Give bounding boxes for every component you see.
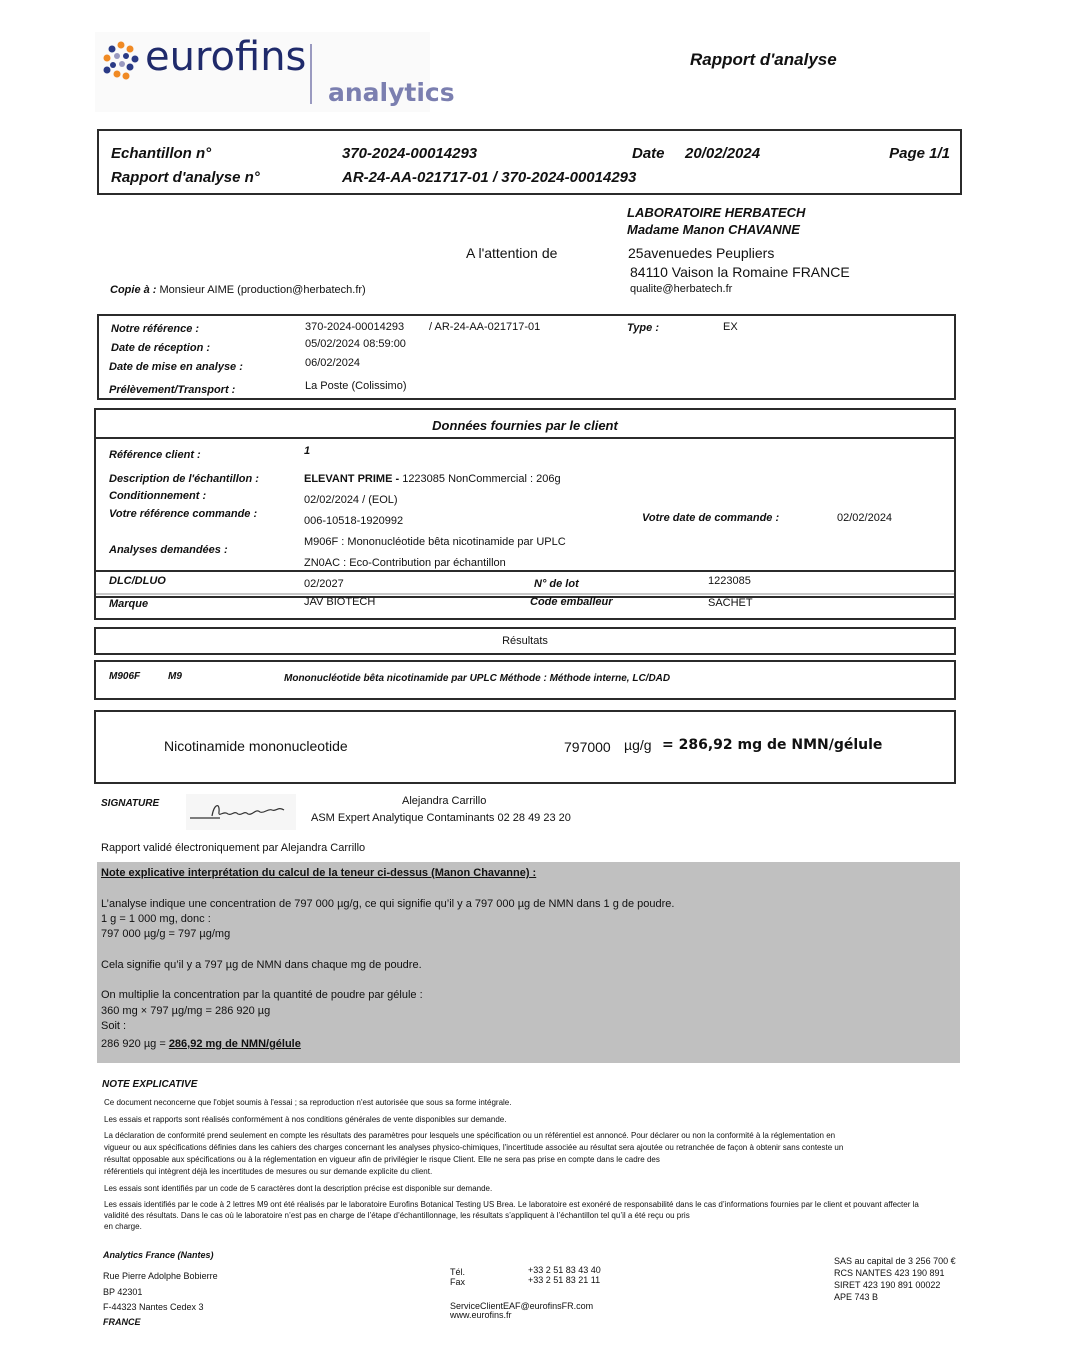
report-date: 20/02/2024: [685, 145, 760, 162]
our-ref-report: / AR-24-AA-021717-01: [429, 321, 540, 333]
method-code: M906F: [109, 671, 140, 682]
parameter-name: Nicotinamide mononucleotide: [164, 738, 348, 754]
attention-label: A l'attention de: [466, 245, 557, 261]
client-data-title: Données fournies par le client: [96, 418, 954, 433]
footer-street: Rue Pierre Adolphe Bobierre: [103, 1271, 218, 1281]
result-value-box: Nicotinamide mononucleotide 797000 µg/g …: [94, 710, 956, 784]
packaging-value: 02/02/2024 / (EOL): [304, 494, 398, 506]
report-header-box: Echantillon n° 370-2024-00014293 Date 20…: [97, 129, 962, 195]
packer-label: Code emballeur: [530, 596, 613, 608]
results-header-box: Résultats: [94, 627, 956, 655]
client-ref-label: Référence client :: [109, 449, 201, 461]
method-box: M906F M9 Mononucléotide bêta nicotinamid…: [94, 660, 956, 700]
copy-value: Monsieur AIME (production@herbatech.fr): [160, 284, 366, 296]
page-number: Page 1/1: [889, 145, 950, 162]
reference-box: Notre référence : 370-2024-00014293 / AR…: [97, 314, 956, 400]
lot-value: 1223085: [708, 575, 751, 587]
report-label: Rapport d'analyse n°: [111, 169, 260, 186]
client-data-box: Données fournies par le client Référence…: [94, 408, 956, 598]
tel-value: +33 2 51 83 43 40: [528, 1265, 601, 1275]
calc-note-line: 1 g = 1 000 mg, donc :: [101, 913, 211, 925]
footer-country: FRANCE: [103, 1317, 141, 1327]
legal-paragraph: Les essais sont identifiés par un code d…: [104, 1184, 492, 1193]
report-number: AR-24-AA-021717-01 / 370-2024-00014293: [342, 169, 636, 186]
legal-line: RCS NANTES 423 190 891: [834, 1268, 945, 1278]
logo-divider: [310, 44, 312, 104]
signature-image: [186, 794, 296, 830]
calc-note-result: 286 920 µg = 286,92 mg de NMN/gélule: [101, 1034, 301, 1050]
legal-paragraph: référentiels qui intègrent déjà les ince…: [104, 1167, 432, 1176]
validation-text: Rapport validé électroniquement par Alej…: [101, 842, 365, 854]
method-description: Mononucléotide bêta nicotinamide par UPL…: [284, 673, 670, 684]
order-ref-label: Votre référence commande :: [109, 508, 257, 520]
tel-label: Tél.: [450, 1267, 465, 1277]
transport-label: Prélèvement/Transport :: [109, 384, 235, 396]
type-value: EX: [723, 321, 738, 333]
eurofins-dots-icon: [101, 40, 141, 80]
dlc-label: DLC/DLUO: [109, 575, 166, 587]
legal-paragraph: Ce document neconcerne que l'objet soumi…: [104, 1098, 511, 1107]
packer-value: SACHET: [708, 597, 753, 609]
calculation-note: Note explicative interprétation du calcu…: [97, 862, 960, 1063]
analysis-item: M906F : Mononucléotide bêta nicotinamide…: [304, 536, 566, 548]
legal-paragraph: La déclaration de conformité prend seule…: [104, 1131, 835, 1140]
lot-label: N° de lot: [534, 578, 579, 590]
our-ref-label: Notre référence :: [111, 323, 199, 335]
signatory-role: ASM Expert Analytique Contaminants 02 28…: [311, 812, 571, 824]
recipient-contact: Madame Manon CHAVANNE: [627, 222, 800, 237]
legal-paragraph: vigueur ou aux spécifications définies d…: [104, 1143, 843, 1152]
legal-paragraph: validité des résultats. Dans le cas où l…: [104, 1211, 690, 1220]
product-name: ELEVANT PRIME -: [304, 473, 399, 485]
signature-label: SIGNATURE: [101, 798, 159, 809]
brand-value: JAV BIOTECH: [304, 596, 375, 608]
order-date-label: Votre date de commande :: [642, 512, 779, 524]
brand-label: Marque: [109, 598, 148, 610]
fax-label: Fax: [450, 1277, 465, 1287]
legal-line: APE 743 B: [834, 1292, 878, 1302]
analysis-start-label: Date de mise en analyse :: [109, 361, 243, 373]
packaging-label: Conditionnement :: [109, 490, 206, 502]
calc-note-line: L’analyse indique une concentration de 7…: [101, 898, 674, 910]
lab-code: M9: [168, 671, 182, 682]
results-title: Résultats: [96, 635, 954, 647]
reception-value: 05/02/2024 08:59:00: [305, 338, 406, 350]
footer-company: Analytics France (Nantes): [103, 1250, 214, 1260]
legal-title: NOTE EXPLICATIVE: [102, 1079, 197, 1090]
calc-note-line: Soit :: [101, 1020, 126, 1032]
recipient-company: LABORATOIRE HERBATECH: [627, 205, 805, 220]
calc-note-line: 360 mg × 797 µg/mg = 286 920 µg: [101, 1005, 270, 1017]
recipient-email: qualite@herbatech.fr: [630, 283, 732, 295]
legal-line: SAS au capital de 3 256 700 €: [834, 1256, 956, 1266]
analyses-label: Analyses demandées :: [109, 544, 228, 556]
analysis-item: ZN0AC : Eco-Contribution par échantillon: [304, 557, 506, 569]
divider: [96, 570, 954, 572]
transport-value: La Poste (Colissimo): [305, 380, 406, 392]
recipient-street: 25avenuedes Peupliers: [628, 245, 774, 261]
result-unit: µg/g: [624, 737, 652, 753]
fax-value: +33 2 51 83 21 11: [528, 1275, 600, 1285]
order-ref-value: 006-10518-1920992: [304, 515, 403, 527]
product-details: 1223085 NonCommercial : 206g: [399, 473, 560, 485]
our-ref-value: 370-2024-00014293: [305, 321, 404, 333]
legal-paragraph: Les essais identifiés par le code à 2 le…: [104, 1200, 919, 1209]
description-label: Description de l'échantillon :: [109, 473, 259, 485]
calc-note-title: Note explicative interprétation du calcu…: [101, 867, 536, 879]
analysis-start-value: 06/02/2024: [305, 357, 360, 369]
copy-label: Copie à :: [110, 284, 156, 296]
result-value: 797000: [564, 739, 611, 755]
result-annotation: = 286,92 mg de NMN/gélule: [662, 737, 882, 753]
document-title: Rapport d'analyse: [690, 50, 837, 70]
logo-brand: eurofins: [145, 34, 306, 80]
dlc-value: 02/2027: [304, 578, 344, 590]
calc-result-bold: 286,92 mg de NMN/gélule: [169, 1038, 301, 1050]
footer-website[interactable]: www.eurofins.fr: [450, 1310, 512, 1320]
type-label: Type :: [627, 322, 659, 334]
footer-bp: BP 42301: [103, 1287, 142, 1297]
reception-label: Date de réception :: [111, 342, 210, 354]
sample-number: 370-2024-00014293: [342, 145, 477, 162]
legal-paragraph: Les essais et rapports sont réalisés con…: [104, 1115, 506, 1124]
calc-note-line: On multiplie la concentration par la qua…: [101, 989, 423, 1001]
recipient-city: 84110 Vaison la Romaine FRANCE: [630, 264, 850, 280]
footer-city: F-44323 Nantes Cedex 3: [103, 1302, 204, 1312]
legal-paragraph: résultat opposable aux spécifications ou…: [104, 1155, 660, 1164]
date-label: Date: [632, 145, 665, 162]
legal-line: SIRET 423 190 891 00022: [834, 1280, 940, 1290]
client-ref-value: 1: [304, 445, 310, 457]
eurofins-logo: eurofins analytics: [95, 32, 430, 112]
calc-note-line: Cela signifie qu’il y a 797 µg de NMN da…: [101, 959, 422, 971]
legal-paragraph: en charge.: [104, 1222, 142, 1231]
sample-label: Echantillon n°: [111, 145, 211, 162]
description-value: ELEVANT PRIME - 1223085 NonCommercial : …: [304, 473, 561, 485]
calc-note-line: 797 000 µg/g = 797 µg/mg: [101, 928, 230, 940]
calc-result-prefix: 286 920 µg =: [101, 1038, 169, 1050]
brand-row-box: Marque JAV BIOTECH Code emballeur SACHET: [94, 590, 956, 620]
divider: [96, 437, 954, 439]
logo-division: analytics: [328, 78, 455, 107]
order-date-value: 02/02/2024: [837, 512, 892, 524]
signatory-name: Alejandra Carrillo: [402, 795, 486, 807]
